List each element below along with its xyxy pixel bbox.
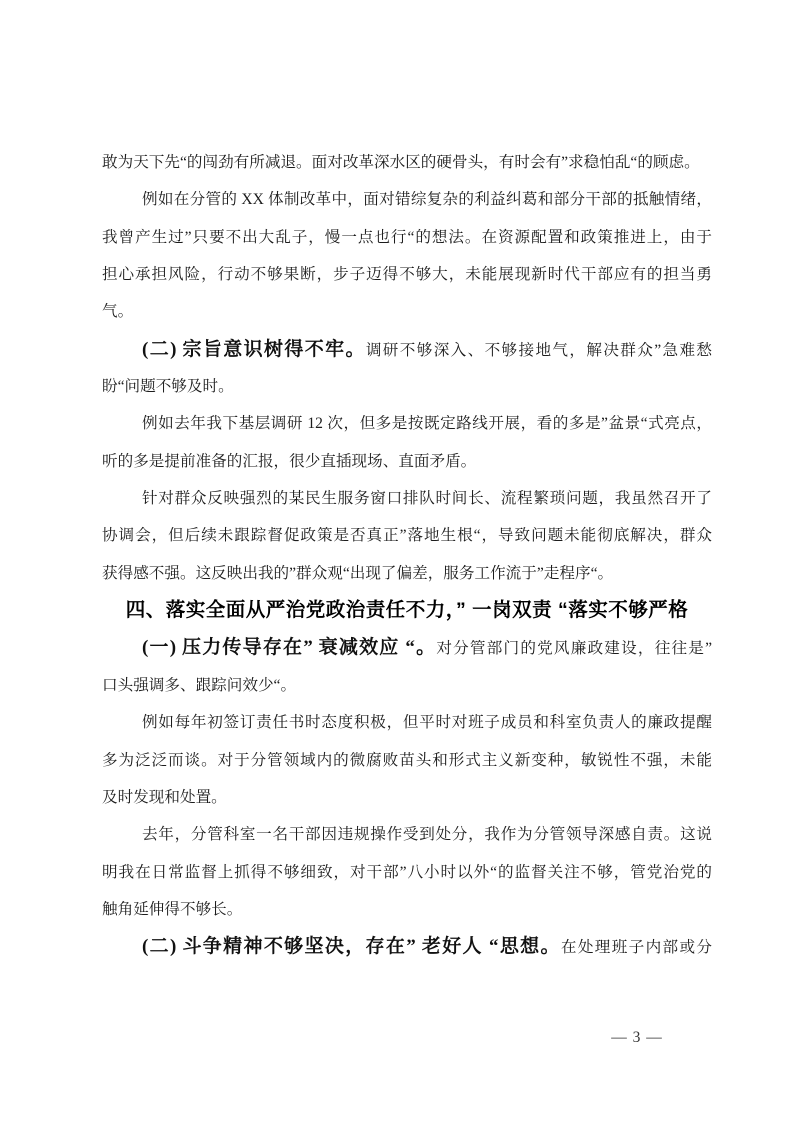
text-line: 针对群众反映强烈的某民生服务窗口排队时间长、流程繁琐问题，我虽然召开了 — [102, 480, 712, 517]
body-text: 调研不够深入、不够接地气，解决群众”急难愁 — [366, 342, 712, 359]
section-heading: 四、落实全面从严治党政治责任不力，” 一岗双责 “落实不够严格 — [102, 592, 712, 629]
body-text: 协调会，但后续未跟踪督促政策是否真正”落地生根“，导致问题未能彻底解决，群众 — [102, 527, 712, 544]
body-text: 及时发现和处置。 — [102, 789, 227, 806]
body-text: 敢为天下先“的闯劲有所减退。面对改革深水区的硬骨头，有时会有”求稳怕乱“的顾虑。 — [102, 154, 700, 171]
text-line: 及时发现和处置。 — [102, 779, 712, 816]
body-text: 盼“问题不够及时。 — [102, 378, 234, 395]
page-number: — 3 — — [594, 1029, 680, 1047]
body-text: 担心承担风险，行动不够果断，步子迈得不够大，未能展现新时代干部应有的担当勇 — [102, 266, 712, 283]
text-line: (二) 斗争精神不够坚决，存在” 老好人 “思想。在处理班子内部或分 — [102, 928, 712, 965]
document-body: 敢为天下先“的闯劲有所减退。面对改革深水区的硬骨头，有时会有”求稳怕乱“的顾虑。… — [102, 144, 712, 966]
emphasis-text: (二) 宗旨意识树得不牢。 — [142, 339, 366, 360]
document-page: 敢为天下先“的闯劲有所减退。面对改革深水区的硬骨头，有时会有”求稳怕乱“的顾虑。… — [0, 0, 793, 1122]
text-line: 敢为天下先“的闯劲有所减退。面对改革深水区的硬骨头，有时会有”求稳怕乱“的顾虑。 — [102, 144, 712, 181]
text-line: (一) 压力传导存在” 衰减效应 “。对分管部门的党风廉政建设，往往是” — [102, 629, 712, 666]
text-line: 获得感不强。这反映出我的”群众观“出现了偏差，服务工作流于”走程序“。 — [102, 555, 712, 592]
body-text: 例如去年我下基层调研 12 次，但多是按既定路线开展，看的多是”盆景“式亮点， — [142, 415, 712, 432]
text-line: 例如去年我下基层调研 12 次，但多是按既定路线开展，看的多是”盆景“式亮点， — [102, 405, 712, 442]
emphasis-text: (二) 斗争精神不够坚决，存在” 老好人 “思想。 — [142, 936, 561, 957]
body-text: 我曾产生过”只要不出大乱子，慢一点也行“的想法。在资源配置和政策推进上，由于 — [102, 229, 712, 246]
body-text: 气。 — [102, 303, 133, 320]
text-line: 触角延伸得不够长。 — [102, 891, 712, 928]
text-line: 去年，分管科室一名干部因违规操作受到处分，我作为分管领导深感自责。这说 — [102, 816, 712, 853]
body-text: 触角延伸得不够长。 — [102, 901, 242, 918]
emphasis-text: (一) 压力传导存在” 衰减效应 “。 — [142, 637, 436, 658]
text-line: 气。 — [102, 293, 712, 330]
body-text: 例如每年初签订责任书时态度积极，但平时对班子成员和科室负责人的廉政提醒 — [142, 714, 712, 731]
body-text: 口头强调多、跟踪问效少“。 — [102, 677, 296, 694]
body-text: 例如在分管的 XX 体制改革中，面对错综复杂的利益纠葛和部分干部的抵触情绪， — [142, 191, 712, 208]
text-line: 例如每年初签订责任书时态度积极，但平时对班子成员和科室负责人的廉政提醒 — [102, 704, 712, 741]
body-text: 去年，分管科室一名干部因违规操作受到处分，我作为分管领导深感自责。这说 — [142, 826, 712, 843]
body-text: 明我在日常监督上抓得不够细致，对干部”八小时以外“的监督关注不够，管党治党的 — [102, 864, 712, 881]
body-text: 多为泛泛而谈。对于分管领域内的微腐败苗头和形式主义新变种，敏锐性不强，未能 — [102, 752, 712, 769]
body-text: 获得感不强。这反映出我的”群众观“出现了偏差，服务工作流于”走程序“。 — [102, 565, 613, 582]
text-line: (二) 宗旨意识树得不牢。调研不够深入、不够接地气，解决群众”急难愁 — [102, 331, 712, 368]
body-text: 针对群众反映强烈的某民生服务窗口排队时间长、流程繁琐问题，我虽然召开了 — [142, 490, 712, 507]
text-line: 明我在日常监督上抓得不够细致，对干部”八小时以外“的监督关注不够，管党治党的 — [102, 854, 712, 891]
text-line: 我曾产生过”只要不出大乱子，慢一点也行“的想法。在资源配置和政策推进上，由于 — [102, 219, 712, 256]
text-line: 多为泛泛而谈。对于分管领域内的微腐败苗头和形式主义新变种，敏锐性不强，未能 — [102, 742, 712, 779]
text-line: 盼“问题不够及时。 — [102, 368, 712, 405]
body-text: 对分管部门的党风廉政建设，往往是” — [436, 640, 712, 657]
text-line: 听的多是提前准备的汇报，很少直插现场、直面矛盾。 — [102, 443, 712, 480]
body-text: 听的多是提前准备的汇报，很少直插现场、直面矛盾。 — [102, 453, 476, 470]
text-line: 担心承担风险，行动不够果断，步子迈得不够大，未能展现新时代干部应有的担当勇 — [102, 256, 712, 293]
text-line: 例如在分管的 XX 体制改革中，面对错综复杂的利益纠葛和部分干部的抵触情绪， — [102, 181, 712, 218]
text-line: 口头强调多、跟踪问效少“。 — [102, 667, 712, 704]
emphasis-text: 四、落实全面从严治党政治责任不力，” 一岗双责 “落实不够严格 — [126, 599, 689, 621]
body-text: 在处理班子内部或分 — [561, 939, 712, 956]
text-line: 协调会，但后续未跟踪督促政策是否真正”落地生根“，导致问题未能彻底解决，群众 — [102, 517, 712, 554]
